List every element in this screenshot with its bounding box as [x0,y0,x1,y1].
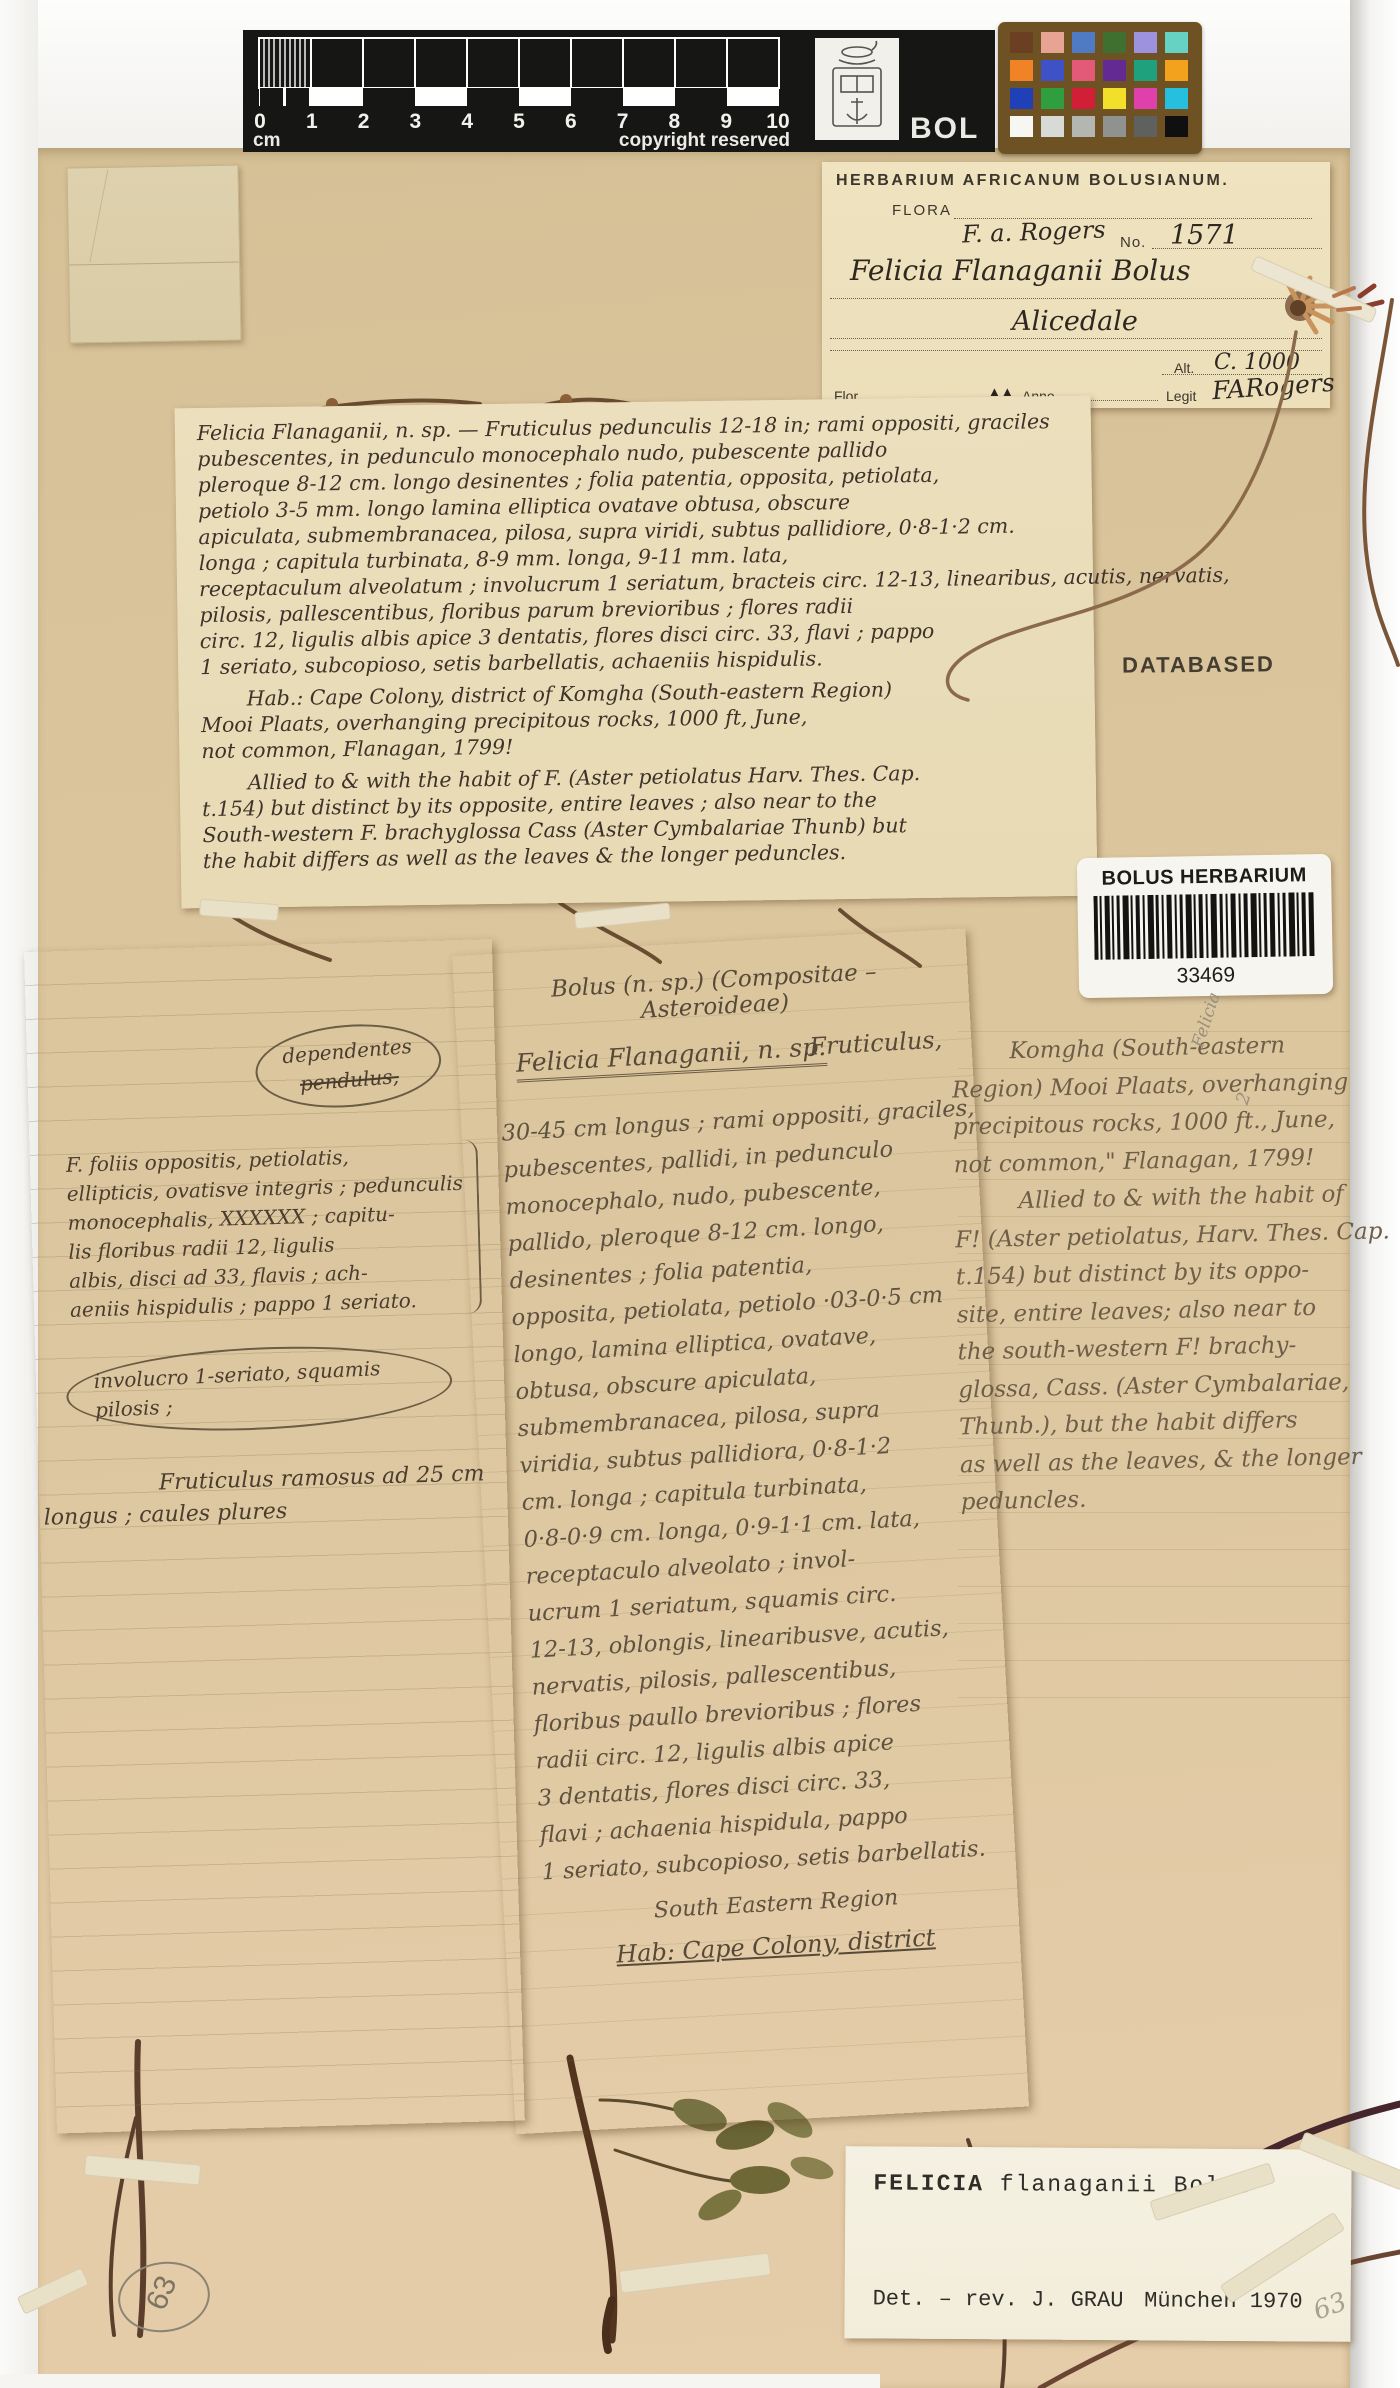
color-chip [1103,60,1126,81]
habit-line-1: Fruticulus ramosus ad 25 cm [158,1459,484,1498]
ruler-number: 4 [454,110,480,134]
ruler-unit-label: cm [253,130,280,152]
color-chip-row [1010,60,1188,81]
det-species-line: FELICIA flanaganii Bolus [873,2170,1252,2199]
barcode-icon [1093,892,1316,960]
number-line [1152,222,1322,249]
color-chip [1165,32,1188,53]
det-pencil-number: 63 [1309,2287,1350,2326]
color-chip-row [1010,88,1188,109]
species-title: Felicia Flanaganii, n. sp. [515,1032,827,1083]
scanner-edge-bottom [0,2374,880,2388]
color-chip [1010,116,1033,137]
databased-stamp: DATABASED [1122,651,1275,678]
det-reviewer: Det. – rev. J. GRAU [873,2286,1124,2313]
note-sheet-left: dependentes pendulus, F. foliis oppositi… [24,939,525,2134]
color-chip [1072,32,1095,53]
color-chip [1041,88,1064,109]
locality-line [830,322,1322,351]
color-chip-grid [1010,32,1188,144]
copyright-label: copyright reserved [520,130,790,152]
crest-icon [815,38,899,140]
envelope-crease [61,170,108,263]
barcode-title: BOLUS HERBARIUM [1077,864,1331,891]
specimen-envelope [66,165,241,344]
herbarium-scan: 012345678910 cm copyright reserved BOL H… [0,0,1400,2388]
number-label: No. [1120,234,1146,251]
color-chip [1010,32,1033,53]
color-chip [1134,116,1157,137]
color-chip [1072,88,1095,109]
color-chip [1072,60,1095,81]
color-chip [1103,32,1126,53]
ruler-number: 1 [299,110,325,134]
color-chip [1041,32,1064,53]
barcode-number: 33469 [1079,962,1333,990]
color-chip [1165,60,1188,81]
det-genus: FELICIA [873,2170,984,2197]
barcode-label: BOLUS HERBARIUM [1077,854,1333,998]
color-chip [1010,60,1033,81]
circled-number-value: 63 [140,2271,185,2315]
color-chip [1134,32,1157,53]
description-text: Felicia Flanaganii, n. sp. — Fruticulus … [197,408,1075,874]
color-chip [1165,88,1188,109]
color-chip [1103,116,1126,137]
university-crest [815,38,899,140]
accession-label: HERBARIUM AFRICANUM BOLUSIANUM. FLORA F.… [822,162,1330,408]
color-chip-row [1010,116,1188,137]
diagnosis-paragraph: F. foliis oppositis, petiolatis,elliptic… [66,1139,483,1324]
color-chip [1072,116,1095,137]
diagnosis-text: 30-45 cm longus ; rami oppositi, gracile… [501,1091,992,1891]
legit-label: Legit [1166,388,1196,404]
species-line [830,272,1322,299]
ruler-number: 2 [351,110,377,134]
habitat-note: Hab: Cape Colony, district [615,1923,935,1968]
ruler-number: 3 [402,110,428,134]
color-calibration-card [998,22,1202,154]
region-note: South Eastern Region [653,1885,899,1923]
determination-label: FELICIA flanaganii Bolus Det. – rev. J. … [844,2146,1351,2342]
det-place-year: München 1970 [1144,2288,1303,2314]
det-species: flanaganii Bolus [984,2171,1253,2199]
sheet-header: Bolus (n. sp.) (Compositae – Asteroideae… [493,956,935,1032]
color-chip [1041,116,1064,137]
color-chip [1165,116,1188,137]
color-chip-row [1010,32,1188,53]
envelope-fold [69,262,239,266]
det-reviewer-line: Det. – rev. J. GRAU München 1970 [873,2286,1303,2314]
sheet-notes-right: Komgha (South-easternRegion) Mooi Plaats… [951,1026,1381,1522]
color-chip [1134,60,1157,81]
color-chip [1010,88,1033,109]
habit-line-2: longus ; caules plures [43,1497,287,1534]
note-sheet-middle: Bolus (n. sp.) (Compositae – Asteroideae… [452,928,1029,2134]
description-label: Felicia Flanaganii, n. sp. — Fruticulus … [175,396,1098,909]
flora-line [954,198,1312,219]
collector-name: F. a. Rogers [962,216,1107,249]
color-chip [1041,60,1064,81]
title-side-word: Fruticulus, [809,1026,943,1061]
institution-title: HERBARIUM AFRICANUM BOLUSIANUM. [836,172,1229,190]
color-chip [1103,88,1126,109]
flora-label: FLORA [892,202,952,219]
color-chip [1134,88,1157,109]
circled-annotation-dependentes: dependentes pendulus, [252,1018,444,1115]
circled-annotation-involucro: involucro 1-seriato, squamis pilosis ; [65,1339,454,1438]
bol-code-label: BOL [910,112,979,146]
